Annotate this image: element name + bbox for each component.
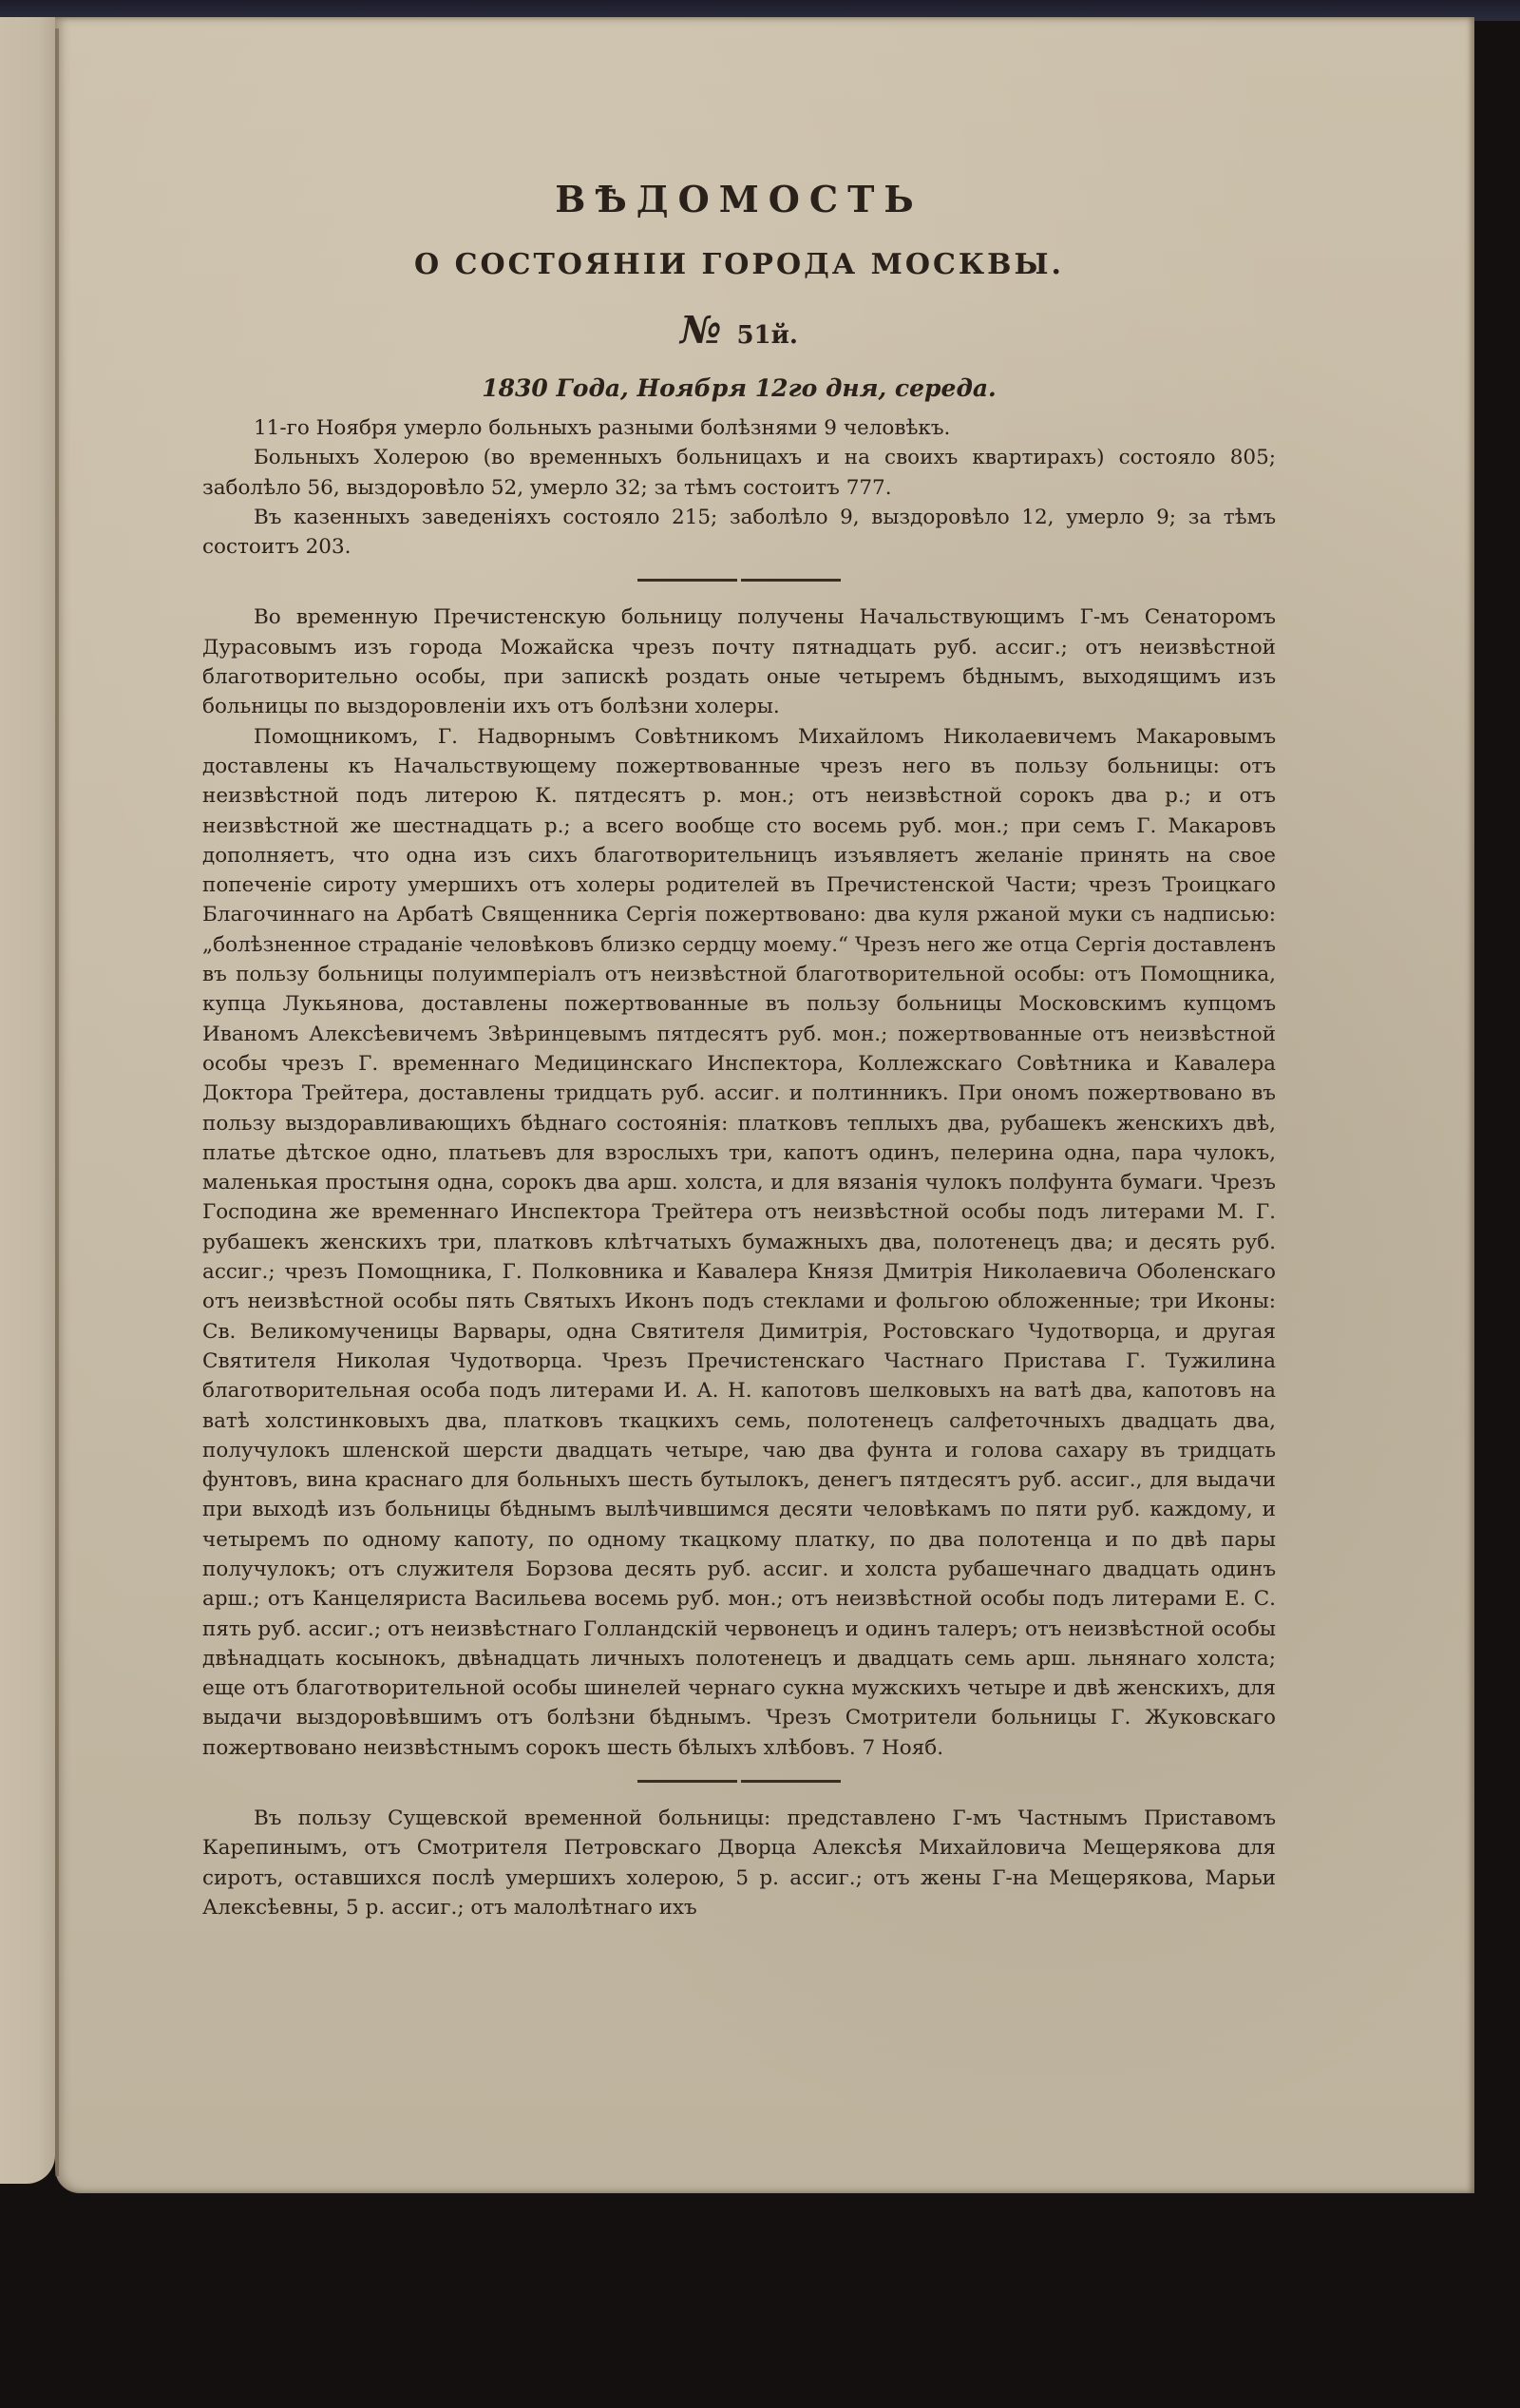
stats-paragraph: Больныхъ Холерою (во временныхъ больница… xyxy=(202,443,1276,503)
page-content: ВѢДОМОСТЬ О СОСТОЯНІИ ГОРОДА МОСКВЫ. №51… xyxy=(202,143,1276,1922)
issue-number-value: 51й. xyxy=(736,321,798,350)
previous-page-edge xyxy=(0,17,55,2184)
book-gutter xyxy=(55,29,59,2176)
section-divider xyxy=(637,1780,841,1783)
stats-paragraph: 11-го Ноября умерло больныхъ разными бол… xyxy=(202,413,1276,443)
donations-section-sushchevskaya: Въ пользу Сущевской временной больницы: … xyxy=(202,1804,1276,1922)
page-title: ВѢДОМОСТЬ xyxy=(202,171,1276,228)
numero-sign-icon: № xyxy=(680,308,721,353)
body-paragraph: Въ пользу Сущевской временной больницы: … xyxy=(202,1804,1276,1922)
body-paragraph: Во временную Пречистенскую больницу полу… xyxy=(202,602,1276,721)
issue-number: №51й. xyxy=(202,302,1276,364)
body-paragraph: Помощникомъ, Г. Надворнымъ Совѣтникомъ М… xyxy=(202,722,1276,1763)
section-divider xyxy=(637,579,841,582)
mortality-stats: 11-го Ноября умерло больныхъ разными бол… xyxy=(202,413,1276,562)
stats-paragraph: Въ казенныхъ заведеніяхъ состояло 215; з… xyxy=(202,503,1276,563)
donations-section-prechistenskaya: Во временную Пречистенскую больницу полу… xyxy=(202,602,1276,1763)
dateline: 1830 Года, Ноября 12го дня, середа. xyxy=(202,364,1276,413)
page-subtitle: О СОСТОЯНІИ ГОРОДА МОСКВЫ. xyxy=(202,238,1276,293)
